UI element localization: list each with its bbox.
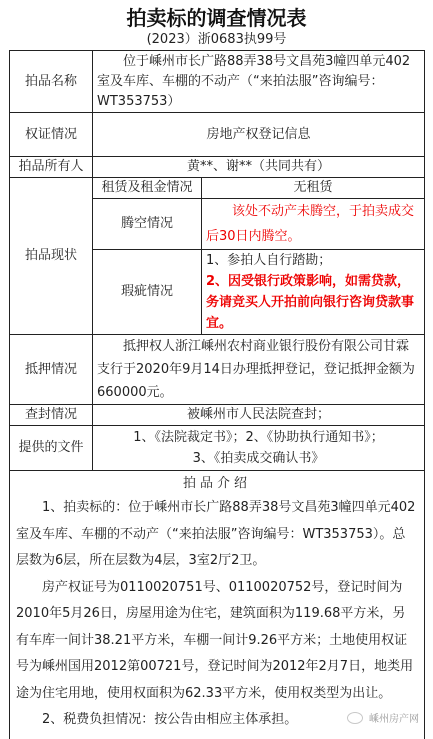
documents-value: 1、《法院裁定书》；2、《协助执行通知书》； 3、《拍卖成交确认书》 — [93, 426, 425, 471]
row-seizure: 查封情况 被嵊州市人民法院查封； — [10, 405, 425, 426]
row-lease: 拍品现状 租赁及租金情况 无租赁 — [10, 178, 425, 199]
row-documents: 提供的文件 1、《法院裁定书》；2、《协助执行通知书》； 3、《拍卖成交确认书》 — [10, 426, 425, 471]
case-number: (2023）浙0683执99号 — [0, 31, 433, 49]
documents-line-1: 1、《法院裁定书》；2、《协助执行通知书》； — [97, 427, 420, 448]
seizure-label: 查封情况 — [10, 405, 93, 426]
vacancy-value: 该处不动产未腾空，于拍卖成交后30日内腾空。 — [202, 199, 425, 250]
document-title: 拍卖标的调查情况表 — [0, 5, 433, 31]
introduction-title: 拍品介绍 — [16, 473, 418, 495]
defects-label: 瑕疵情况 — [93, 250, 202, 335]
introduction-paragraph-2: 房产权证号为0110020751号、0110020752号，登记时间为2010年… — [16, 575, 418, 708]
seizure-value: 被嵊州市人民法院查封； — [93, 405, 425, 426]
introduction-section: 拍品介绍 1、拍卖标的：位于嵊州市长广路88弄38号文昌苑3幢四单元402室及车… — [10, 471, 425, 739]
lease-label: 租赁及租金情况 — [93, 178, 202, 199]
documents-label: 提供的文件 — [10, 426, 93, 471]
defects-note-2: 2、因受银行政策影响，如需贷款，务请竞买人开拍前向银行咨询贷款事宜。 — [206, 271, 420, 334]
introduction-paragraph-1: 1、拍卖标的：位于嵊州市长广路88弄38号文昌苑3幢四单元402室及车库、车棚的… — [16, 495, 418, 575]
item-name-value: 位于嵊州市长广路88弄38号文昌苑3幢四单元402室及车库、车棚的不动产（“来拍… — [93, 51, 425, 113]
watermark-text: 嵊州房产网 — [369, 710, 419, 725]
owner-label: 拍品所有人 — [10, 157, 93, 178]
lease-value: 无租赁 — [202, 178, 425, 199]
vacancy-label: 腾空情况 — [93, 199, 202, 250]
row-item-name: 拍品名称 位于嵊州市长广路88弄38号文昌苑3幢四单元402室及车库、车棚的不动… — [10, 51, 425, 113]
row-mortgage: 抵押情况 抵押权人浙江嵊州农村商业银行股份有限公司甘霖支行于2020年9月14日… — [10, 335, 425, 405]
title-status-value: 房地产权登记信息 — [93, 113, 425, 157]
wechat-icon — [347, 712, 363, 724]
row-owner: 拍品所有人 黄**、谢**（共同共有） — [10, 157, 425, 178]
mortgage-label: 抵押情况 — [10, 335, 93, 405]
row-introduction: 拍品介绍 1、拍卖标的：位于嵊州市长广路88弄38号文昌苑3幢四单元402室及车… — [10, 471, 425, 739]
current-status-label: 拍品现状 — [10, 178, 93, 335]
mortgage-value: 抵押权人浙江嵊州农村商业银行股份有限公司甘霖支行于2020年9月14日办理抵押登… — [93, 335, 425, 405]
watermark: 嵊州房产网 — [347, 710, 419, 725]
title-status-label: 权证情况 — [10, 113, 93, 157]
defects-note-1: 1、参拍人自行踏勘； — [206, 250, 420, 271]
defects-value: 1、参拍人自行踏勘； 2、因受银行政策影响，如需贷款，务请竞买人开拍前向银行咨询… — [202, 250, 425, 335]
row-title-status: 权证情况 房地产权登记信息 — [10, 113, 425, 157]
owner-value: 黄**、谢**（共同共有） — [93, 157, 425, 178]
item-name-label: 拍品名称 — [10, 51, 93, 113]
investigation-table: 拍品名称 位于嵊州市长广路88弄38号文昌苑3幢四单元402室及车库、车棚的不动… — [9, 50, 425, 739]
documents-line-2: 3、《拍卖成交确认书》 — [97, 448, 420, 469]
